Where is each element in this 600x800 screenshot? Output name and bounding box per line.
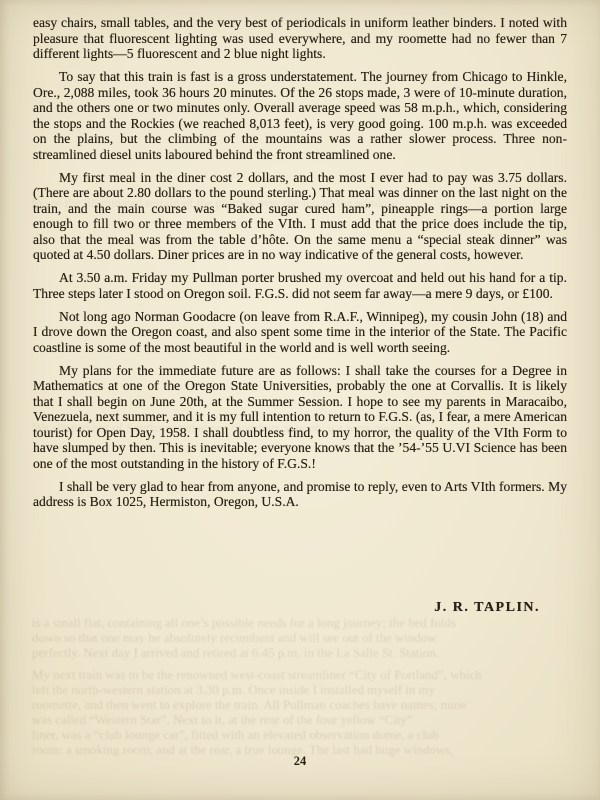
paragraph-arrival-oregon: At 3.50 a.m. Friday my Pullman porter br…	[33, 270, 567, 301]
bleedthrough-text: liner, was a “club lounge car”, fitted w…	[32, 728, 568, 743]
paragraph-closing: I shall be very glad to hear from anyone…	[33, 479, 567, 510]
author-signature: J. R. TAPLIN.	[434, 600, 540, 616]
paragraph-train-speed: To say that this train is fast is a gros…	[33, 69, 567, 162]
bleedthrough-text: perfectly. Next day I arrived and retire…	[32, 646, 568, 661]
bleedthrough-text: roomette, and then went to explore the t…	[32, 698, 568, 713]
bleedthrough-text: is a small flat, containing all one’s po…	[32, 616, 568, 631]
paragraph-future-plans: My plans for the immediate future are as…	[33, 363, 567, 472]
bleedthrough-text: was called “Western Star”. Next to it, a…	[32, 713, 568, 728]
bleedthrough-text: left the north-western station at 3.30 p…	[32, 683, 568, 698]
bleedthrough-text: down so that one may be absolutely recum…	[32, 631, 568, 646]
bleedthrough-text: My next train was to be the renowned wes…	[32, 668, 568, 683]
article-text-block: easy chairs, small tables, and the very …	[33, 15, 567, 517]
paragraph-continuation: easy chairs, small tables, and the very …	[33, 15, 567, 62]
paragraph-oregon-coast: Not long ago Norman Goodacre (on leave f…	[33, 309, 567, 356]
page-number: 24	[0, 754, 600, 769]
scanned-book-page: is a small flat, containing all one’s po…	[0, 0, 600, 800]
paragraph-diner-meals: My first meal in the diner cost 2 dollar…	[33, 170, 567, 263]
